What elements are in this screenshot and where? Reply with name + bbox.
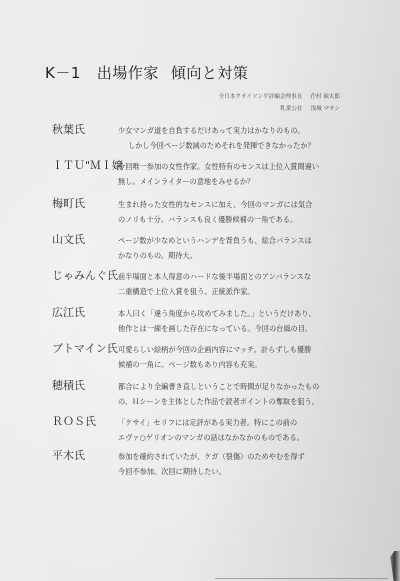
credit-org: 乳業公社 [280,106,302,112]
author-description: 本人曰く「違う角度から攻めてみました。」というだけあり、 他作とは一線を画した存… [118,306,316,336]
description-line: のノリも十分。バランスも良く優勝候補の一角である。 [118,212,312,227]
description-line: 二重構造で上位入賞を狙う。正統派作家。 [118,284,311,299]
author-credits: 全日本クオイツン平評編会理事長荘村 碩太郎 乳業公社浅城 マサン [211,91,340,115]
author-description: ページ数が少なめというハンデを背負うも、総合バランスは かなりのもの。期待大。 [118,233,312,263]
author-description: 「ケサイ」セリフには定評がある実力者。特にこの前の エヴァ○ゲリオンのマンガの話… [118,415,304,445]
description-line: 前半場面と本人得意のハードな後半場面とのアンバランスな [118,272,311,281]
page-corner-shadow [386,551,400,581]
page-title: K－1出場作家傾向と対策 [45,62,248,83]
author-name: ＲＯＳ氏 [52,413,96,429]
section-code: K－1 [45,64,81,82]
description-line: 今回唯一参加の女性作家。女性特有のセンスは上位入賞間違い [118,162,319,171]
author-name: じゃみんぐ氏 [52,267,118,283]
page-bottom-edge [215,578,388,579]
author-name: 平木氏 [52,447,85,463]
description-line: 都合により全編書き直しということで時間が足りなかったもの [118,382,319,391]
author-description: 今回唯一参加の女性作家。女性特有のセンスは上位入賞間違い 無し。メインライターの… [118,159,319,189]
description-line: 候補の一角に。ページ数もあり内容も充実。 [118,357,311,372]
credit-row: 乳業公社浅城 マサン [211,103,340,115]
author-description: 少女マンガ道を自負するだけあって実力はかなりのもの。 しかし今回ページ数減のため… [118,123,315,153]
description-line: 今回不参加。次回に期待したい。 [118,464,305,479]
description-line: 少女マンガ道を自負するだけあって実力はかなりのもの。 [118,126,305,135]
title-sub: 傾向と対策 [171,64,249,82]
author-description: 参加を確約されていたが、ケガ（裂傷）のためやむを得ず 今回不参加。次回に期待した… [118,449,305,479]
author-name: 秋葉氏 [52,121,85,137]
author-description: 前半場面と本人得意のハードな後半場面とのアンバランスな 二重構造で上位入賞を狙う… [118,269,311,299]
credit-name: 浅城 マサン [311,106,340,112]
author-description: 生まれ持った女性的なセンスに加え、今回のマンガには気合 のノリも十分。バランスも… [118,197,312,227]
description-line: 生まれ持った女性的なセンスに加え、今回のマンガには気合 [118,200,312,209]
author-description: 可愛らしい絵柄が今回の企画内容にマッチ。計らずしも優勝 候補の一角に。ページ数も… [118,342,311,372]
description-line: しかし今回ページ数減のためそれを発揮できなかったか？ [118,138,315,153]
description-line: の、Ｈシーンを主体とした作品で読者ポイントの奪取を狙う。 [118,394,319,409]
description-line: エヴァ○ゲリオンのマンガの話はなかなかのものである。 [118,430,304,445]
author-name: 穂積氏 [52,377,85,393]
title-main: 出場作家 [97,64,159,82]
author-name: 梅町氏 [52,195,85,211]
author-name: ブトマイン氏 [52,340,118,356]
description-line: 無し。メインライターの意地をみせるか？ [118,174,319,189]
description-line: ページ数が少なめというハンデを背負うも、総合バランスは [118,236,312,245]
author-name: 広江氏 [52,304,85,320]
description-line: 参加を確約されていたが、ケガ（裂傷）のためやむを得ず [118,452,305,461]
author-name: 山文氏 [52,231,85,247]
description-line: 本人曰く「違う角度から攻めてみました。」というだけあり、 [118,309,316,318]
credit-org: 全日本クオイツン平評編会理事長 [219,94,303,100]
description-line: 他作とは一線を画した存在になっている。今回の台風の目。 [118,321,316,336]
description-line: かなりのもの。期待大。 [118,248,312,263]
credit-row: 全日本クオイツン平評編会理事長荘村 碩太郎 [211,91,340,103]
author-name: ＩＴＵ"ＭＩ嬢 [52,157,123,173]
credit-name: 荘村 碩太郎 [310,94,340,100]
author-description: 都合により全編書き直しということで時間が足りなかったもの の、Ｈシーンを主体とし… [118,379,319,409]
description-line: 可愛らしい絵柄が今回の企画内容にマッチ。計らずしも優勝 [118,345,311,354]
description-line: 「ケサイ」セリフには定評がある実力者。特にこの前の [118,418,297,427]
